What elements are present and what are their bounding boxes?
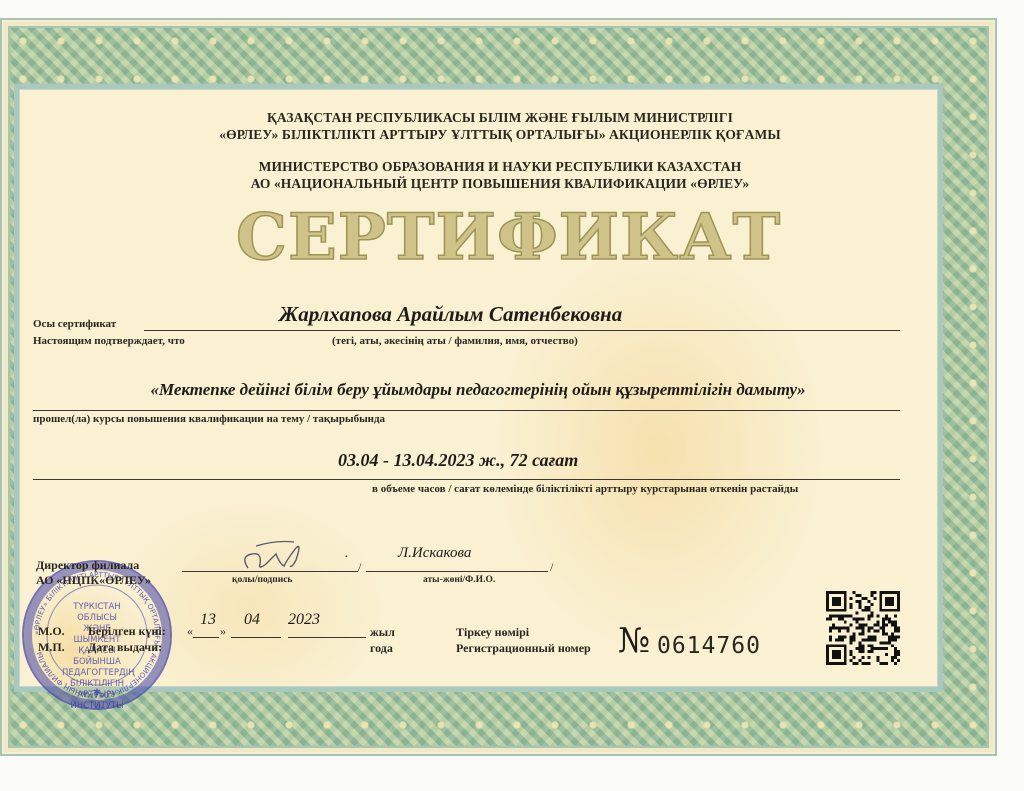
header-ru-line2: АО «НАЦИОНАЛЬНЫЙ ЦЕНТР ПОВЫШЕНИЯ КВАЛИФИ… — [0, 176, 1000, 192]
director-position-line1: Директор филиала — [36, 558, 139, 573]
recipient-name: Жарлхапова Арайлым Сатенбековна — [279, 302, 622, 327]
header-kz-line2: «ӨРЛЕУ» БІЛІКТІЛІКТІ АРТТЫРУ ҰЛТТЫҚ ОРТА… — [0, 127, 1000, 143]
handwritten-signature-icon — [236, 534, 326, 574]
recipient-underline — [144, 330, 900, 331]
stamp-center-text: ТҮРКІСТАН ОБЛЫСЫ ЖӘНЕ ШЫМКЕНТ ҚАЛАСЫ БОЙ… — [62, 602, 132, 712]
mo-label: М.О. — [38, 624, 65, 639]
signature-line — [182, 571, 358, 572]
period-label: в объеме часов / сағат көлемінде білікті… — [372, 483, 798, 495]
recipient-label-ru: Настоящим подтверждает, что — [33, 335, 185, 347]
signer-label: аты-жөні/Ф.И.О. — [423, 575, 495, 585]
registration-label-kz: Тіркеу нөмірі — [456, 625, 529, 640]
issue-day: 13 — [200, 611, 216, 629]
header-ru-line1: МИНИСТЕРСТВО ОБРАЗОВАНИЯ И НАУКИ РЕСПУБЛ… — [0, 159, 1000, 175]
certificate-title: СЕРТИФИКАТ — [236, 200, 696, 275]
topic-label: прошел(ла) курсы повышения квалификации … — [33, 413, 385, 425]
close-quote: » — [220, 624, 226, 639]
signature-label: қолы/подпись — [232, 575, 292, 585]
signature-slash-2: / — [550, 560, 553, 575]
number-sign: № — [618, 621, 650, 661]
month-underline — [231, 637, 281, 638]
mp-label: М.П. — [38, 640, 65, 655]
signer-name-line — [366, 571, 548, 572]
signer-name: Л.Искакова — [398, 545, 471, 562]
qr-code-icon[interactable] — [826, 591, 900, 665]
period-underline — [33, 479, 900, 480]
issue-month: 04 — [244, 611, 260, 629]
registration-label-ru: Регистрационный номер — [456, 641, 591, 656]
course-period: 03.04 - 13.04.2023 ж., 72 сағат — [338, 450, 578, 471]
recipient-label-kz: Осы сертификат — [33, 318, 116, 330]
course-topic: «Мектепке дейінгі білім беру ұйымдары пе… — [118, 380, 838, 400]
topic-underline — [33, 410, 900, 411]
registration-number: 0614760 — [657, 633, 761, 659]
signature-dot: · — [344, 550, 349, 566]
day-underline — [193, 637, 219, 638]
year-label-ru: года — [370, 641, 393, 656]
year-label-kz: жыл — [370, 625, 395, 640]
director-position-line2: АО «НЦПК«ӨРЛЕУ» — [36, 573, 151, 588]
year-underline — [288, 637, 366, 638]
signature-slash-1: / — [358, 560, 361, 575]
header-kz-line1: ҚАЗАҚСТАН РЕСПУБЛИКАСЫ БІЛІМ ЖӘНЕ ҒЫЛЫМ … — [0, 110, 1000, 126]
issue-date-label-ru: Дата выдачи: — [88, 640, 162, 655]
issue-year: 2023 — [288, 611, 320, 629]
issue-date-label-kz: Берілген күні: — [88, 624, 166, 639]
recipient-hint: (тегі, аты, әкесінің аты / фамилия, имя,… — [332, 335, 578, 347]
